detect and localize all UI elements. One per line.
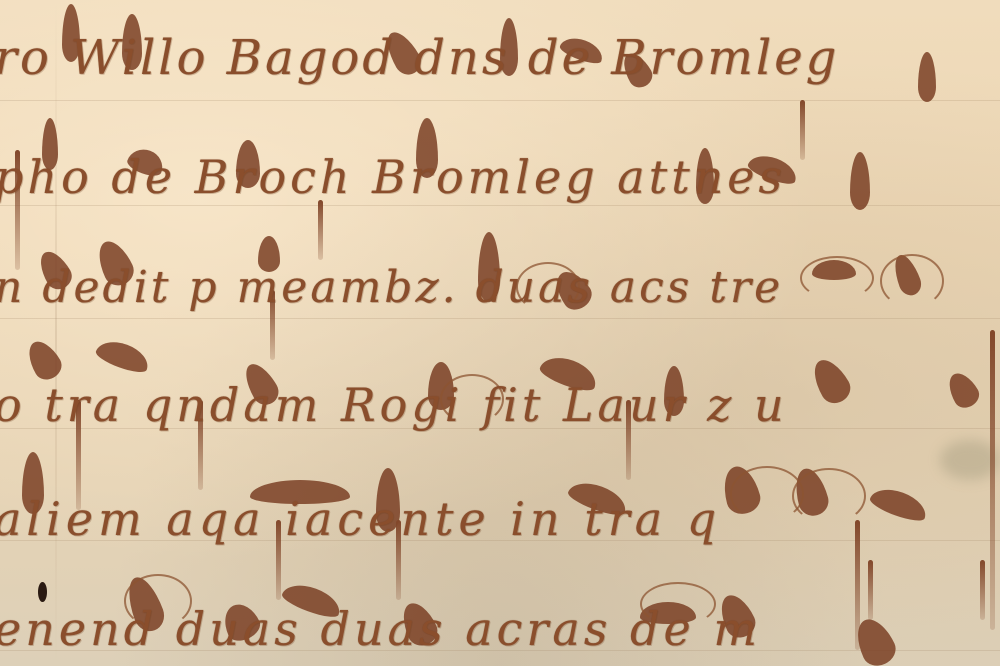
manuscript-line-6: enend duas duas acras de m (0, 602, 761, 656)
ink-ascender (943, 368, 984, 412)
ink-descender (800, 100, 805, 160)
manuscript-line-3: n dedit p meambz. duas acs tre (0, 262, 783, 313)
ink-descender (980, 560, 985, 620)
ink-ascender (850, 152, 870, 210)
ruling-line (0, 100, 1000, 101)
ink-ascender (94, 335, 153, 376)
ruling-line (0, 205, 1000, 206)
parchment-fold (55, 0, 57, 666)
ink-ascender (868, 483, 931, 525)
ink-loop (800, 256, 874, 300)
ruling-line (0, 318, 1000, 319)
ink-loop (880, 254, 944, 308)
ink-descender (990, 330, 995, 630)
ink-loop (792, 468, 866, 524)
manuscript-line-1: ro Willo Bagod dns de Bromleg (0, 30, 839, 86)
ink-descender (318, 200, 323, 260)
parchment-photo: ro Willo Bagod dns de Bromleg pho de Bro… (0, 0, 1000, 666)
manuscript-line-4: o tra qndam Rogi fit Laur z u (0, 378, 788, 432)
ink-descender (855, 520, 860, 650)
ink-descender (868, 560, 873, 620)
manuscript-line-5: aliem aqa iacente in tra q (0, 492, 721, 546)
ink-ascender (807, 354, 856, 409)
ink-blot (38, 582, 47, 602)
ink-ascender (918, 52, 936, 102)
manuscript-line-2: pho de Broch Bromleg attnes (0, 150, 786, 204)
